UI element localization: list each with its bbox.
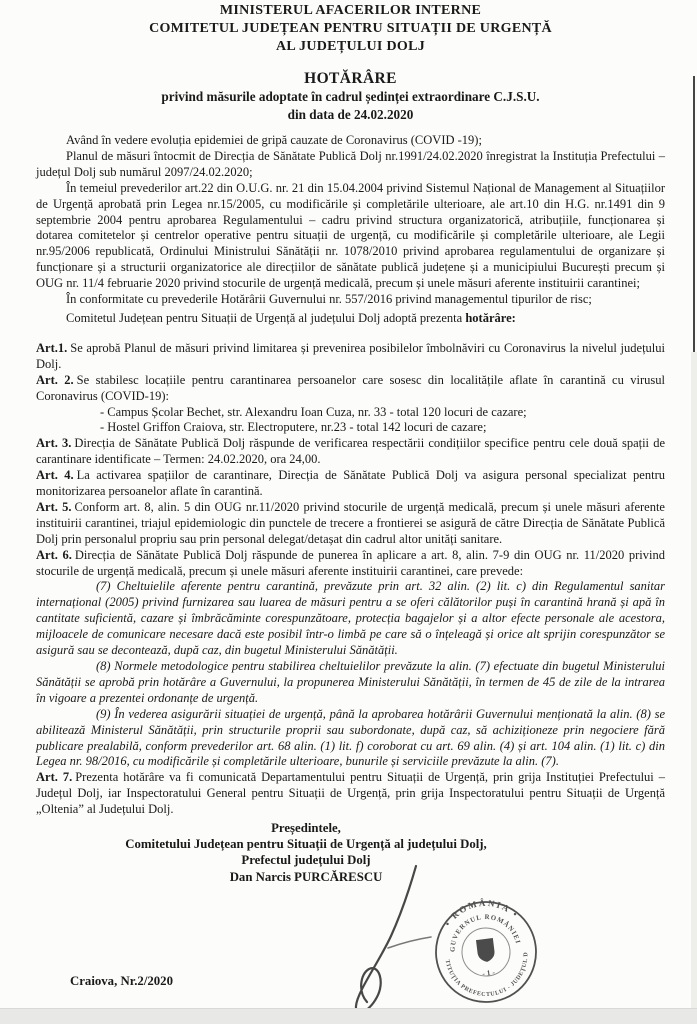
- article-text: Se aprobă Planul de măsuri privind limit…: [36, 341, 665, 371]
- preamble-paragraph: Planul de măsuri întocmit de Direcția de…: [36, 149, 665, 181]
- scan-edge-line: [693, 76, 695, 352]
- article-label: Art. 4.: [36, 468, 74, 482]
- adoption-clause: Comitetul Județean pentru Situații de Ur…: [36, 311, 665, 327]
- document-date: din data de 24.02.2020: [36, 106, 665, 124]
- ministry-name: MINISTERUL AFACERILOR INTERNE: [36, 2, 665, 20]
- article-label: Art.1.: [36, 341, 67, 355]
- preamble-section: Având în vedere evoluția epidemiei de gr…: [36, 133, 665, 308]
- article-paragraph: Art. 5.Conform art. 8, alin. 5 din OUG n…: [36, 500, 665, 548]
- preamble-paragraph: Având în vedere evoluția epidemiei de gr…: [36, 133, 665, 149]
- handwritten-signature: [330, 852, 460, 1024]
- signature-block: Președintele, Comitetului Județean pentr…: [36, 820, 576, 885]
- article-label: Art. 5.: [36, 500, 71, 514]
- article-text: La activarea spațiilor de carantinare, D…: [36, 468, 665, 498]
- adoption-text: Comitetul Județean pentru Situații de Ur…: [66, 311, 465, 325]
- article-paragraph: Art.1.Se aprobă Planul de măsuri privind…: [36, 341, 665, 373]
- article-text: Conform art. 8, alin. 5 din OUG nr.11/20…: [36, 500, 665, 546]
- adoption-emphasis: hotărâre:: [465, 311, 515, 325]
- quoted-provision: (7) Cheltuielile aferente pentru caranti…: [36, 579, 665, 659]
- quoted-provision: (8) Normele metodologice pentru stabilir…: [36, 659, 665, 707]
- quoted-provision: (9) În vederea asigurării situației de u…: [36, 707, 665, 771]
- article-label: Art. 3.: [36, 436, 71, 450]
- document-title: HOTĂRÂRE: [36, 69, 665, 88]
- signature-role: Președintele,: [36, 820, 576, 836]
- county-name: AL JUDEȚULUI DOLJ: [36, 38, 665, 56]
- article-label: Art. 6.: [36, 548, 72, 562]
- document-header: MINISTERUL AFACERILOR INTERNE COMITETUL …: [36, 2, 665, 124]
- scan-bottom-shadow: [0, 1008, 697, 1024]
- article-label: Art. 7.: [36, 770, 72, 784]
- article-paragraph: Art. 4.La activarea spațiilor de caranti…: [36, 468, 665, 500]
- article-text: Se stabilesc locațiile pentru carantinar…: [36, 373, 665, 403]
- article-paragraph: Art. 3.Direcția de Sănătate Publică Dolj…: [36, 436, 665, 468]
- article-paragraph: Art. 2.Se stabilesc locațiile pentru car…: [36, 373, 665, 405]
- article-text: (9) În vederea asigurării situației de u…: [36, 707, 665, 769]
- article-label: Art. 2.: [36, 373, 74, 387]
- signature-office: Prefectul județului Dolj: [36, 852, 576, 868]
- article-paragraph: Art. 6.Direcția de Sănătate Publică Dolj…: [36, 548, 665, 580]
- signatory-name: Dan Narcis PURCĂRESCU: [36, 869, 576, 885]
- article-text: Direcția de Sănătate Publică Dolj răspun…: [36, 436, 665, 466]
- preamble-paragraph: În conformitate cu prevederile Hotărârii…: [36, 292, 665, 308]
- stamp-number: - 1 -: [482, 968, 496, 979]
- article-text: Direcția de Sănătate Publică Dolj răspun…: [36, 548, 665, 578]
- article-text: - Hostel Griffon Craiova, str. Electropu…: [100, 420, 486, 434]
- article-text: (7) Cheltuielile aferente pentru caranti…: [36, 579, 665, 657]
- signature-committee: Comitetului Județean pentru Situații de …: [36, 836, 576, 852]
- scan-edge-shadow: [691, 352, 697, 1008]
- quarantine-location-item: - Hostel Griffon Craiova, str. Electropu…: [36, 420, 665, 436]
- article-text: - Campus Școlar Bechet, str. Alexandru I…: [100, 405, 527, 419]
- stamp-coat-of-arms: [476, 938, 496, 963]
- article-paragraph: Art. 7.Prezenta hotărâre va fi comunicat…: [36, 770, 665, 818]
- preamble-paragraph: În temeiul prevederilor art.22 din O.U.G…: [36, 181, 665, 292]
- committee-name: COMITETUL JUDEȚEAN PENTRU SITUAȚII DE UR…: [36, 20, 665, 38]
- article-text: (8) Normele metodologice pentru stabilir…: [36, 659, 665, 705]
- document-content: MINISTERUL AFACERILOR INTERNE COMITETUL …: [36, 2, 665, 885]
- scanned-document-page: MINISTERUL AFACERILOR INTERNE COMITETUL …: [0, 0, 697, 1024]
- document-reference: Craiova, Nr.2/2020: [70, 974, 173, 989]
- article-text: Prezenta hotărâre va fi comunicată Depar…: [36, 770, 665, 816]
- quarantine-location-item: - Campus Școlar Bechet, str. Alexandru I…: [36, 405, 665, 421]
- articles-section: Art.1.Se aprobă Planul de măsuri privind…: [36, 341, 665, 818]
- document-subtitle: privind măsurile adoptate în cadrul ședi…: [36, 88, 665, 106]
